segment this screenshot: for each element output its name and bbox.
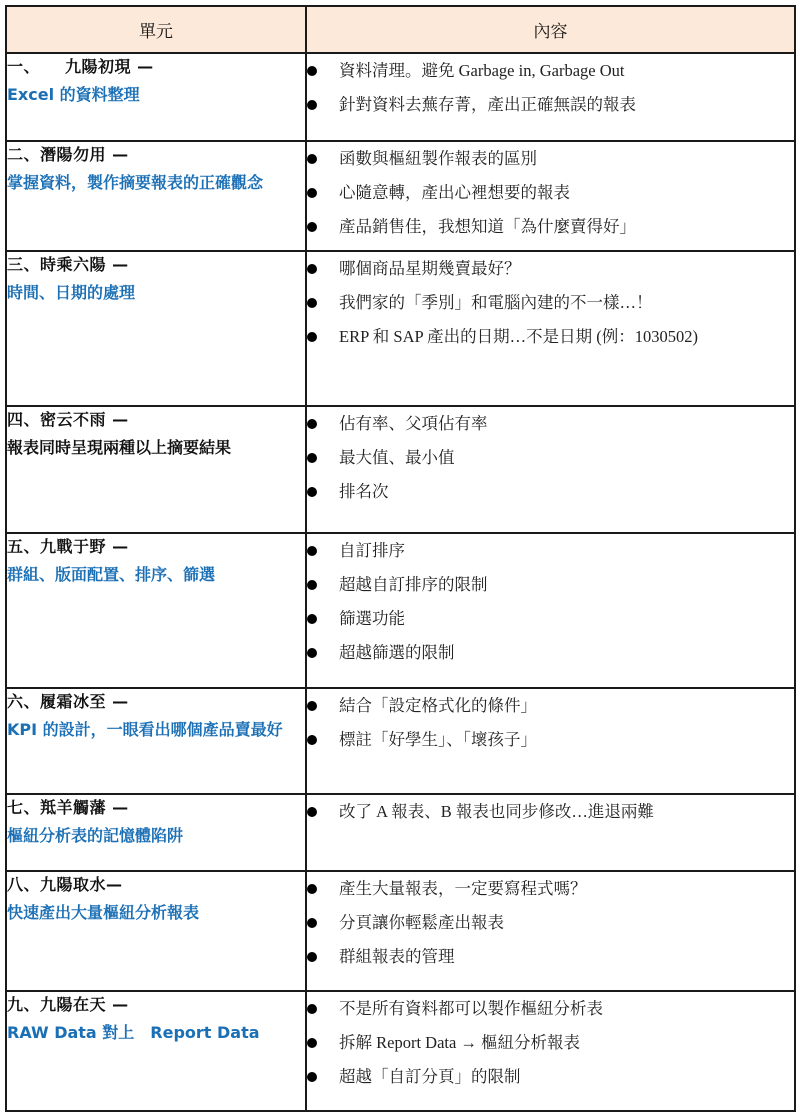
list-item-text: 最大值、最小值	[339, 448, 455, 467]
unit-title: 二、潛陽勿用 —	[7, 142, 305, 168]
bullet-icon	[307, 546, 317, 556]
bullet-icon	[307, 807, 317, 817]
bullet-list: 自訂排序超越自訂排序的限制篩選功能超越篩選的限制	[307, 534, 794, 670]
unit-cell: 二、潛陽勿用 —掌握資料，製作摘要報表的正確觀念	[6, 141, 306, 251]
table-row: 六、履霜冰至 —KPI 的設計，一眼看出哪個產品賣最好結合「設定格式化的條件」標…	[6, 688, 795, 794]
content-cell: 自訂排序超越自訂排序的限制篩選功能超越篩選的限制	[306, 533, 795, 688]
list-item-text: 排名次	[339, 482, 389, 501]
list-item-text: 產品銷售佳，我想知道「為什麼賣得好」	[339, 217, 636, 236]
bullet-icon	[307, 918, 317, 928]
bullet-icon	[307, 154, 317, 164]
bullet-list: 結合「設定格式化的條件」標註「好學生」、「壞孩子」	[307, 689, 794, 757]
list-item: 佔有率、父項佔有率	[307, 407, 794, 441]
content-cell: 不是所有資料都可以製作樞紐分析表拆解 Report Data → 樞紐分析報表超…	[306, 991, 795, 1111]
bullet-icon	[307, 735, 317, 745]
list-item-text: 哪個商品星期幾賣最好？	[339, 259, 521, 278]
bullet-icon	[307, 1038, 317, 1048]
bullet-list: 佔有率、父項佔有率最大值、最小值排名次	[307, 407, 794, 509]
list-item-text: 超越篩選的限制	[339, 643, 455, 662]
bullet-icon	[307, 66, 317, 76]
bullet-list: 產生大量報表，一定要寫程式嗎？分頁讓你輕鬆產出報表群組報表的管理	[307, 872, 794, 974]
header-row: 單元 內容	[6, 6, 795, 53]
bullet-list: 改了 A 報表、B 報表也同步修改…進退兩難	[307, 795, 794, 829]
unit-subtitle: 掌握資料，製作摘要報表的正確觀念	[7, 168, 305, 198]
bullet-icon	[307, 1072, 317, 1082]
unit-title: 四、密云不雨 —	[7, 407, 305, 433]
list-item: 函數與樞紐製作報表的區別	[307, 142, 794, 176]
unit-cell: 五、九戰于野 —群組、版面配置、排序、篩選	[6, 533, 306, 688]
list-item: 針對資料去蕪存菁，產出正確無誤的報表	[307, 88, 794, 122]
table-row: 四、密云不雨 —報表同時呈現兩種以上摘要結果佔有率、父項佔有率最大值、最小值排名…	[6, 406, 795, 533]
list-item-text: 標註「好學生」、「壞孩子」	[339, 730, 537, 749]
unit-subtitle: RAW Data 對上 Report Data	[7, 1018, 305, 1048]
unit-subtitle: Excel 的資料整理	[7, 80, 305, 110]
bullet-icon	[307, 952, 317, 962]
list-item: 結合「設定格式化的條件」	[307, 689, 794, 723]
list-item: 最大值、最小值	[307, 441, 794, 475]
unit-subtitle: 快速產出大量樞紐分析報表	[7, 898, 305, 928]
list-item: 排名次	[307, 475, 794, 509]
bullet-list: 函數與樞紐製作報表的區別心隨意轉，產出心裡想要的報表產品銷售佳，我想知道「為什麼…	[307, 142, 794, 244]
list-item-text: 拆解 Report Data → 樞紐分析報表	[339, 1033, 580, 1052]
course-outline-table: 單元 內容 一、 九陽初現 —Excel 的資料整理資料清理。避免 Garbag…	[5, 5, 796, 1112]
unit-title: 九、九陽在天 —	[7, 992, 305, 1018]
unit-title: 六、履霜冰至 —	[7, 689, 305, 715]
bullet-icon	[307, 419, 317, 429]
list-item: 產生大量報表，一定要寫程式嗎？	[307, 872, 794, 906]
unit-cell: 四、密云不雨 —報表同時呈現兩種以上摘要結果	[6, 406, 306, 533]
content-cell: 佔有率、父項佔有率最大值、最小值排名次	[306, 406, 795, 533]
bullet-icon	[307, 1004, 317, 1014]
list-item-text: 心隨意轉，產出心裡想要的報表	[339, 183, 570, 202]
table-row: 九、九陽在天 —RAW Data 對上 Report Data不是所有資料都可以…	[6, 991, 795, 1111]
list-item: 群組報表的管理	[307, 940, 794, 974]
unit-cell: 一、 九陽初現 —Excel 的資料整理	[6, 53, 306, 141]
bullet-list: 資料清理。避免 Garbage in, Garbage Out針對資料去蕪存菁，…	[307, 54, 794, 122]
unit-subtitle: 時間、日期的處理	[7, 278, 305, 308]
bullet-icon	[307, 298, 317, 308]
list-item: 拆解 Report Data → 樞紐分析報表	[307, 1026, 794, 1060]
bullet-icon	[307, 487, 317, 497]
table-row: 二、潛陽勿用 —掌握資料，製作摘要報表的正確觀念函數與樞紐製作報表的區別心隨意轉…	[6, 141, 795, 251]
unit-title: 八、九陽取水—	[7, 872, 305, 898]
list-item-text: 篩選功能	[339, 609, 405, 628]
bullet-icon	[307, 580, 317, 590]
bullet-icon	[307, 222, 317, 232]
bullet-icon	[307, 648, 317, 658]
list-item-text: 超越「自訂分頁」的限制	[339, 1067, 521, 1086]
content-cell: 改了 A 報表、B 報表也同步修改…進退兩難	[306, 794, 795, 871]
list-item: 篩選功能	[307, 602, 794, 636]
content-cell: 產生大量報表，一定要寫程式嗎？分頁讓你輕鬆產出報表群組報表的管理	[306, 871, 795, 991]
list-item: 心隨意轉，產出心裡想要的報表	[307, 176, 794, 210]
bullet-icon	[307, 614, 317, 624]
content-cell: 結合「設定格式化的條件」標註「好學生」、「壞孩子」	[306, 688, 795, 794]
header-unit: 單元	[6, 6, 306, 53]
list-item-text: 資料清理。避免 Garbage in, Garbage Out	[339, 61, 624, 80]
unit-cell: 七、羝羊觸藩 —樞紐分析表的記憶體陷阱	[6, 794, 306, 871]
list-item: 超越自訂排序的限制	[307, 568, 794, 602]
content-cell: 資料清理。避免 Garbage in, Garbage Out針對資料去蕪存菁，…	[306, 53, 795, 141]
list-item-text: 結合「設定格式化的條件」	[339, 696, 537, 715]
list-item-text: 產生大量報表，一定要寫程式嗎？	[339, 879, 587, 898]
unit-title: 七、羝羊觸藩 —	[7, 795, 305, 821]
unit-cell: 三、時乘六陽 —時間、日期的處理	[6, 251, 306, 406]
list-item: 分頁讓你輕鬆產出報表	[307, 906, 794, 940]
bullet-icon	[307, 100, 317, 110]
list-item: 自訂排序	[307, 534, 794, 568]
list-item: 哪個商品星期幾賣最好？	[307, 252, 794, 286]
list-item-text: 改了 A 報表、B 報表也同步修改…進退兩難	[339, 802, 654, 821]
list-item-text: 不是所有資料都可以製作樞紐分析表	[339, 999, 603, 1018]
table-row: 七、羝羊觸藩 —樞紐分析表的記憶體陷阱改了 A 報表、B 報表也同步修改…進退兩…	[6, 794, 795, 871]
unit-title: 三、時乘六陽 —	[7, 252, 305, 278]
bullet-icon	[307, 264, 317, 274]
list-item-text: 分頁讓你輕鬆產出報表	[339, 913, 504, 932]
unit-title: 一、 九陽初現 —	[7, 54, 305, 80]
bullet-icon	[307, 884, 317, 894]
list-item-text: 我們家的「季別」和電腦內建的不一樣…！	[339, 293, 653, 312]
table-row: 三、時乘六陽 —時間、日期的處理哪個商品星期幾賣最好？我們家的「季別」和電腦內建…	[6, 251, 795, 406]
list-item: 超越篩選的限制	[307, 636, 794, 670]
list-item-text: 針對資料去蕪存菁，產出正確無誤的報表	[339, 95, 636, 114]
table-row: 八、九陽取水—快速產出大量樞紐分析報表產生大量報表，一定要寫程式嗎？分頁讓你輕鬆…	[6, 871, 795, 991]
list-item-text: 佔有率、父項佔有率	[339, 414, 488, 433]
unit-cell: 八、九陽取水—快速產出大量樞紐分析報表	[6, 871, 306, 991]
bullet-list: 不是所有資料都可以製作樞紐分析表拆解 Report Data → 樞紐分析報表超…	[307, 992, 794, 1094]
unit-subtitle: 報表同時呈現兩種以上摘要結果	[7, 433, 305, 463]
list-item-text: 群組報表的管理	[339, 947, 455, 966]
list-item: 不是所有資料都可以製作樞紐分析表	[307, 992, 794, 1026]
unit-cell: 九、九陽在天 —RAW Data 對上 Report Data	[6, 991, 306, 1111]
list-item: 超越「自訂分頁」的限制	[307, 1060, 794, 1094]
list-item: 標註「好學生」、「壞孩子」	[307, 723, 794, 757]
content-cell: 函數與樞紐製作報表的區別心隨意轉，產出心裡想要的報表產品銷售佳，我想知道「為什麼…	[306, 141, 795, 251]
header-content: 內容	[306, 6, 795, 53]
list-item-text: ERP 和 SAP 產出的日期…不是日期 (例：1030502)	[339, 327, 698, 346]
list-item-text: 超越自訂排序的限制	[339, 575, 488, 594]
list-item: 改了 A 報表、B 報表也同步修改…進退兩難	[307, 795, 794, 829]
table-row: 一、 九陽初現 —Excel 的資料整理資料清理。避免 Garbage in, …	[6, 53, 795, 141]
unit-subtitle: 群組、版面配置、排序、篩選	[7, 560, 305, 590]
list-item: 產品銷售佳，我想知道「為什麼賣得好」	[307, 210, 794, 244]
list-item: ERP 和 SAP 產出的日期…不是日期 (例：1030502)	[307, 320, 794, 354]
list-item-text: 自訂排序	[339, 541, 405, 560]
list-item-text: 函數與樞紐製作報表的區別	[339, 149, 537, 168]
bullet-icon	[307, 188, 317, 198]
content-cell: 哪個商品星期幾賣最好？我們家的「季別」和電腦內建的不一樣…！ERP 和 SAP …	[306, 251, 795, 406]
list-item: 我們家的「季別」和電腦內建的不一樣…！	[307, 286, 794, 320]
list-item: 資料清理。避免 Garbage in, Garbage Out	[307, 54, 794, 88]
unit-cell: 六、履霜冰至 —KPI 的設計，一眼看出哪個產品賣最好	[6, 688, 306, 794]
bullet-list: 哪個商品星期幾賣最好？我們家的「季別」和電腦內建的不一樣…！ERP 和 SAP …	[307, 252, 794, 354]
unit-title: 五、九戰于野 —	[7, 534, 305, 560]
unit-subtitle: KPI 的設計，一眼看出哪個產品賣最好	[7, 715, 305, 745]
bullet-icon	[307, 701, 317, 711]
bullet-icon	[307, 332, 317, 342]
bullet-icon	[307, 453, 317, 463]
unit-subtitle: 樞紐分析表的記憶體陷阱	[7, 821, 305, 851]
table-row: 五、九戰于野 —群組、版面配置、排序、篩選自訂排序超越自訂排序的限制篩選功能超越…	[6, 533, 795, 688]
